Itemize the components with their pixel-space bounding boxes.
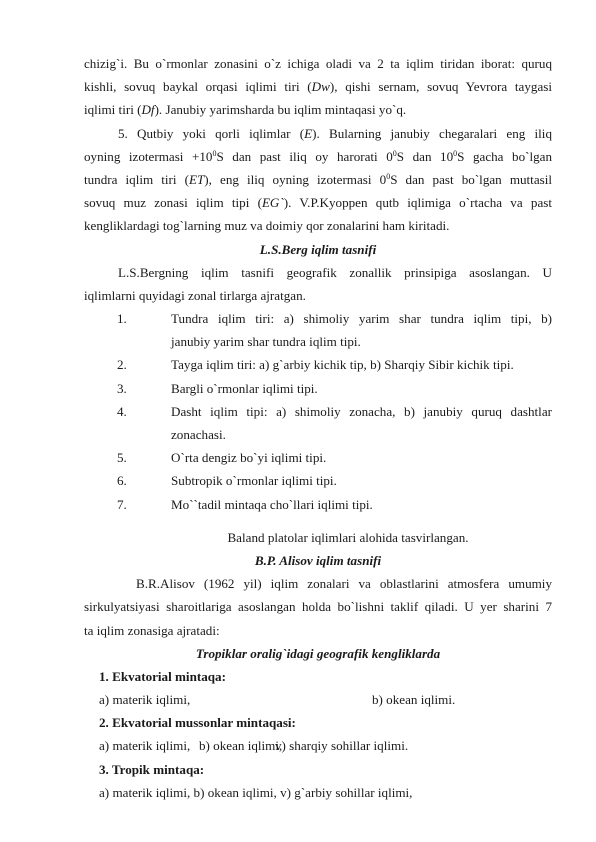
list-number: 2.: [117, 353, 127, 376]
alisov-zone-list: 1. Ekvatorial mintaqa:a) materik iqlimi,…: [84, 665, 552, 804]
text-line: kishli, sovuq baykal orqasi iqlimi tiri …: [84, 75, 552, 98]
zone-subtypes: a) materik iqlimi, b) okean iqlimi, v) g…: [84, 781, 552, 804]
list-item-text: Tayga iqlim tiri: a) g`arbiy kichik tip,…: [84, 353, 552, 376]
list-number: 4.: [117, 400, 127, 423]
list-number: 1.: [117, 307, 127, 330]
zone-subtype: b) okean iqlimi,: [199, 734, 282, 757]
paragraph-polar-climates: 5. Qutbiy yoki qorli iqlimlar (E). Bular…: [84, 122, 552, 238]
berg-list-item: 3.Bargli o`rmonlar iqlimi tipi.: [84, 377, 552, 400]
zone-title: 2. Ekvatorial mussonlar mintaqasi:: [84, 711, 552, 734]
berg-heading: L.S.Berg iqlim tasnifi: [84, 238, 552, 261]
berg-intro-line: L.S.Bergning iqlim tasnifi geografik zon…: [84, 261, 552, 284]
zone-subtype: a) materik iqlimi,: [99, 734, 190, 757]
zone-subtypes: a) materik iqlimi,b) okean iqlimi,v) sha…: [84, 734, 552, 757]
berg-list-item: 7.Mo``tadil mintaqa cho`llari iqlimi tip…: [84, 493, 552, 516]
berg-list-item: 6.Subtropik o`rmonlar iqlimi tipi.: [84, 469, 552, 492]
berg-list-item: 5.O`rta dengiz bo`yi iqlimi tipi.: [84, 446, 552, 469]
text-line: oyning izotermasi +100S dan past iliq oy…: [84, 145, 552, 168]
list-item-text: Bargli o`rmonlar iqlimi tipi.: [84, 377, 552, 400]
alisov-heading: B.P. Alisov iqlim tasnifi: [84, 549, 552, 572]
alisov-subheading: Tropiklar oralig`idagi geografik kenglik…: [84, 642, 552, 665]
list-item-text: Subtropik o`rmonlar iqlimi tipi.: [84, 469, 552, 492]
text-line: 5. Qutbiy yoki qorli iqlimlar (E). Bular…: [84, 122, 552, 145]
berg-note: Baland platolar iqlimlari alohida tasvir…: [84, 526, 552, 549]
text-line: kengliklardagi tog`larning muz va doimiy…: [84, 214, 552, 237]
document-page: chizig`i. Bu o`rmonlar zonasini o`z ichi…: [84, 52, 552, 804]
list-number: 3.: [117, 377, 127, 400]
list-item-text: O`rta dengiz bo`yi iqlimi tipi.: [84, 446, 552, 469]
list-item-text: Tundra iqlim tiri: a) shimoliy yarim sha…: [84, 307, 552, 330]
list-item-text: Dasht iqlim tipi: a) shimoliy zonacha, b…: [84, 400, 552, 423]
list-number: 7.: [117, 493, 127, 516]
list-number: 6.: [117, 469, 127, 492]
berg-list-item: zonachasi.: [84, 423, 552, 446]
zone-subtype: b) okean iqlimi.: [372, 688, 455, 711]
alisov-intro-line: sirkulyatsiyasi sharoitlariga asoslangan…: [84, 595, 552, 618]
text-line: iqlimi tiri (Df). Janubiy yarimsharda bu…: [84, 98, 552, 121]
berg-list-item: janubiy yarim shar tundra iqlim tipi.: [84, 330, 552, 353]
berg-list-item: 2.Tayga iqlim tiri: a) g`arbiy kichik ti…: [84, 353, 552, 376]
berg-intro-line: iqlimlarni quyidagi zonal tirlarga ajrat…: [84, 284, 552, 307]
zone-title: 3. Tropik mintaqa:: [84, 758, 552, 781]
list-number: 5.: [117, 446, 127, 469]
zone-subtype: a) materik iqlimi, b) okean iqlimi, v) g…: [99, 781, 412, 804]
berg-list-item: 1.Tundra iqlim tiri: a) shimoliy yarim s…: [84, 307, 552, 330]
list-item-text: Mo``tadil mintaqa cho`llari iqlimi tipi.: [84, 493, 552, 516]
zone-subtypes: a) materik iqlimi,b) okean iqlimi.: [84, 688, 552, 711]
alisov-intro-line: ta iqlim zonasiga ajratadi:: [84, 619, 552, 642]
list-item-text: janubiy yarim shar tundra iqlim tipi.: [84, 330, 552, 353]
text-line: sovuq muz zonasi iqlim tipi (EG`). V.P.K…: [84, 191, 552, 214]
berg-list-item: 4.Dasht iqlim tipi: a) shimoliy zonacha,…: [84, 400, 552, 423]
text-line: tundra iqlim tiri (ET), eng iliq oyning …: [84, 168, 552, 191]
text-line: chizig`i. Bu o`rmonlar zonasini o`z ichi…: [84, 52, 552, 75]
zone-subtype: a) materik iqlimi,: [99, 688, 190, 711]
zone-subtype: v) sharqiy sohillar iqlimi.: [275, 734, 408, 757]
paragraph-taiga-end: chizig`i. Bu o`rmonlar zonasini o`z ichi…: [84, 52, 552, 122]
alisov-intro-line: B.R.Alisov (1962 yil) iqlim zonalari va …: [84, 572, 552, 595]
list-item-text: zonachasi.: [84, 423, 552, 446]
berg-zone-list: 1.Tundra iqlim tiri: a) shimoliy yarim s…: [84, 307, 552, 516]
zone-title: 1. Ekvatorial mintaqa:: [84, 665, 552, 688]
